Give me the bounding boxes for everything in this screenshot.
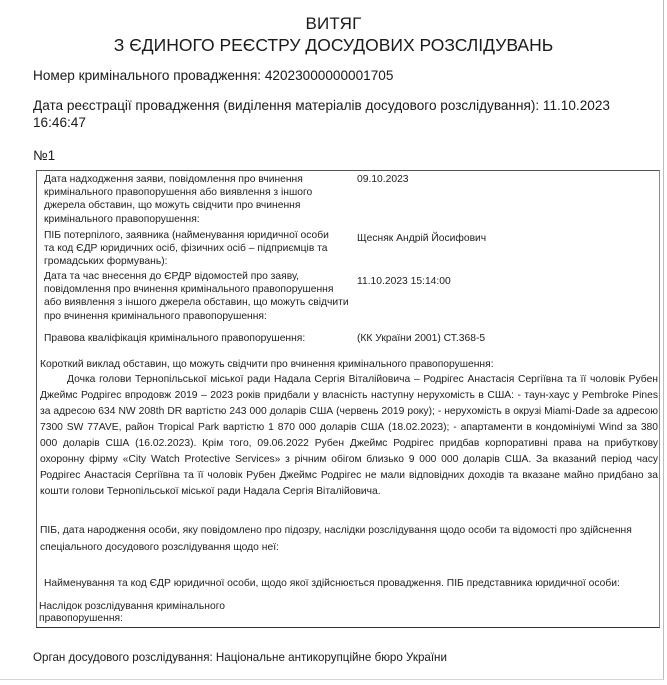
- registration-date: Дата реєстрації провадження (виділення м…: [33, 98, 610, 113]
- case-number: Номер кримінального провадження: 4202300…: [33, 68, 393, 83]
- document-title: ВИТЯГ: [0, 14, 667, 34]
- field-label-erdr-date: Дата та час внесення до ЄРДР відомостей …: [44, 270, 352, 323]
- field-value-applicant: Щесняк Андрій Йосифович: [357, 233, 486, 244]
- legal-entity-label: Найменування та код ЄДР юридичної особи,…: [44, 577, 656, 590]
- outcome-label-line2: правопорушення:: [39, 613, 289, 625]
- summary-text: Дочка голови Тернопільської міської ради…: [40, 372, 658, 500]
- entry-number: №1: [33, 148, 55, 163]
- field-value-qualification: (КК України 2001) СТ.368-5: [357, 333, 485, 344]
- document-page: ВИТЯГ З ЄДИНОГО РЕЄСТРУ ДОСУДОВИХ РОЗСЛІ…: [0, 0, 664, 680]
- document-subtitle: З ЄДИНОГО РЕЄСТРУ ДОСУДОВИХ РОЗСЛІДУВАНЬ: [0, 35, 667, 56]
- field-label-qualification: Правова кваліфікація кримінального право…: [44, 332, 344, 345]
- entry-box: Дата надходження заяви, повідомлення про…: [36, 170, 660, 628]
- field-value-erdr-date: 11.10.2023 15:14:00: [357, 276, 451, 287]
- suspect-label: ПІБ, дата народження особи, яку повідомл…: [40, 522, 652, 556]
- field-label-applicant: ПІБ потерпілого, заявника (найменування …: [44, 229, 332, 269]
- field-label-application-date: Дата надходження заяви, повідомлення про…: [44, 173, 332, 226]
- field-value-application-date: 09.10.2023: [357, 174, 409, 185]
- registration-time: 16:46:47: [33, 115, 86, 130]
- outcome-label-line1: Наслідок розслідування кримінального: [39, 601, 289, 613]
- summary-label: Короткий виклад обставин, що можуть свід…: [40, 358, 650, 371]
- investigation-authority: Орган досудового розслідування: Націонал…: [33, 651, 447, 664]
